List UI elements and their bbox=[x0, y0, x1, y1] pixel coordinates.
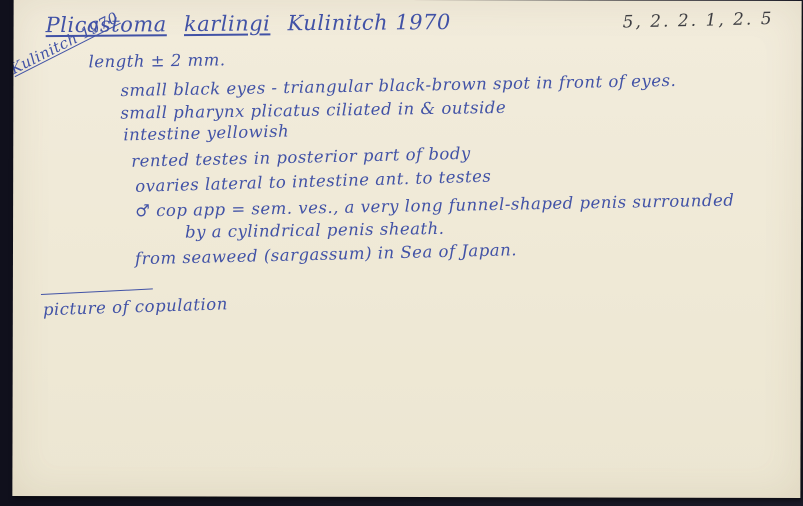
note-line: length ± 2 mm. bbox=[88, 50, 225, 71]
handwritten-divider-line bbox=[41, 288, 153, 295]
author-citation: Kulinitch 1970 bbox=[287, 10, 450, 35]
note-line: intestine yellowish bbox=[123, 122, 289, 145]
scanner-background: Plicastoma karlingi Kulinitch 1970 5, 2.… bbox=[0, 0, 803, 506]
index-card: Plicastoma karlingi Kulinitch 1970 5, 2.… bbox=[12, 0, 801, 498]
note-line: small black eyes - triangular black-brow… bbox=[120, 71, 676, 100]
note-line: rented testes in posterior part of body bbox=[131, 144, 471, 171]
catalog-number: 5, 2. 2. 1, 2. 5 bbox=[622, 9, 773, 33]
note-line: ♂ cop app = sem. ves., a very long funne… bbox=[135, 191, 735, 221]
note-line: by a cylindrical penis sheath. bbox=[185, 219, 445, 242]
note-line: small pharynx plicatus ciliated in & out… bbox=[120, 98, 506, 123]
note-line: ovaries lateral to intestine ant. to tes… bbox=[135, 167, 492, 196]
species-name: karlingi bbox=[184, 11, 271, 36]
note-line: from seaweed (sargassum) in Sea of Japan… bbox=[135, 240, 517, 268]
footer-note: picture of copulation bbox=[43, 294, 228, 319]
